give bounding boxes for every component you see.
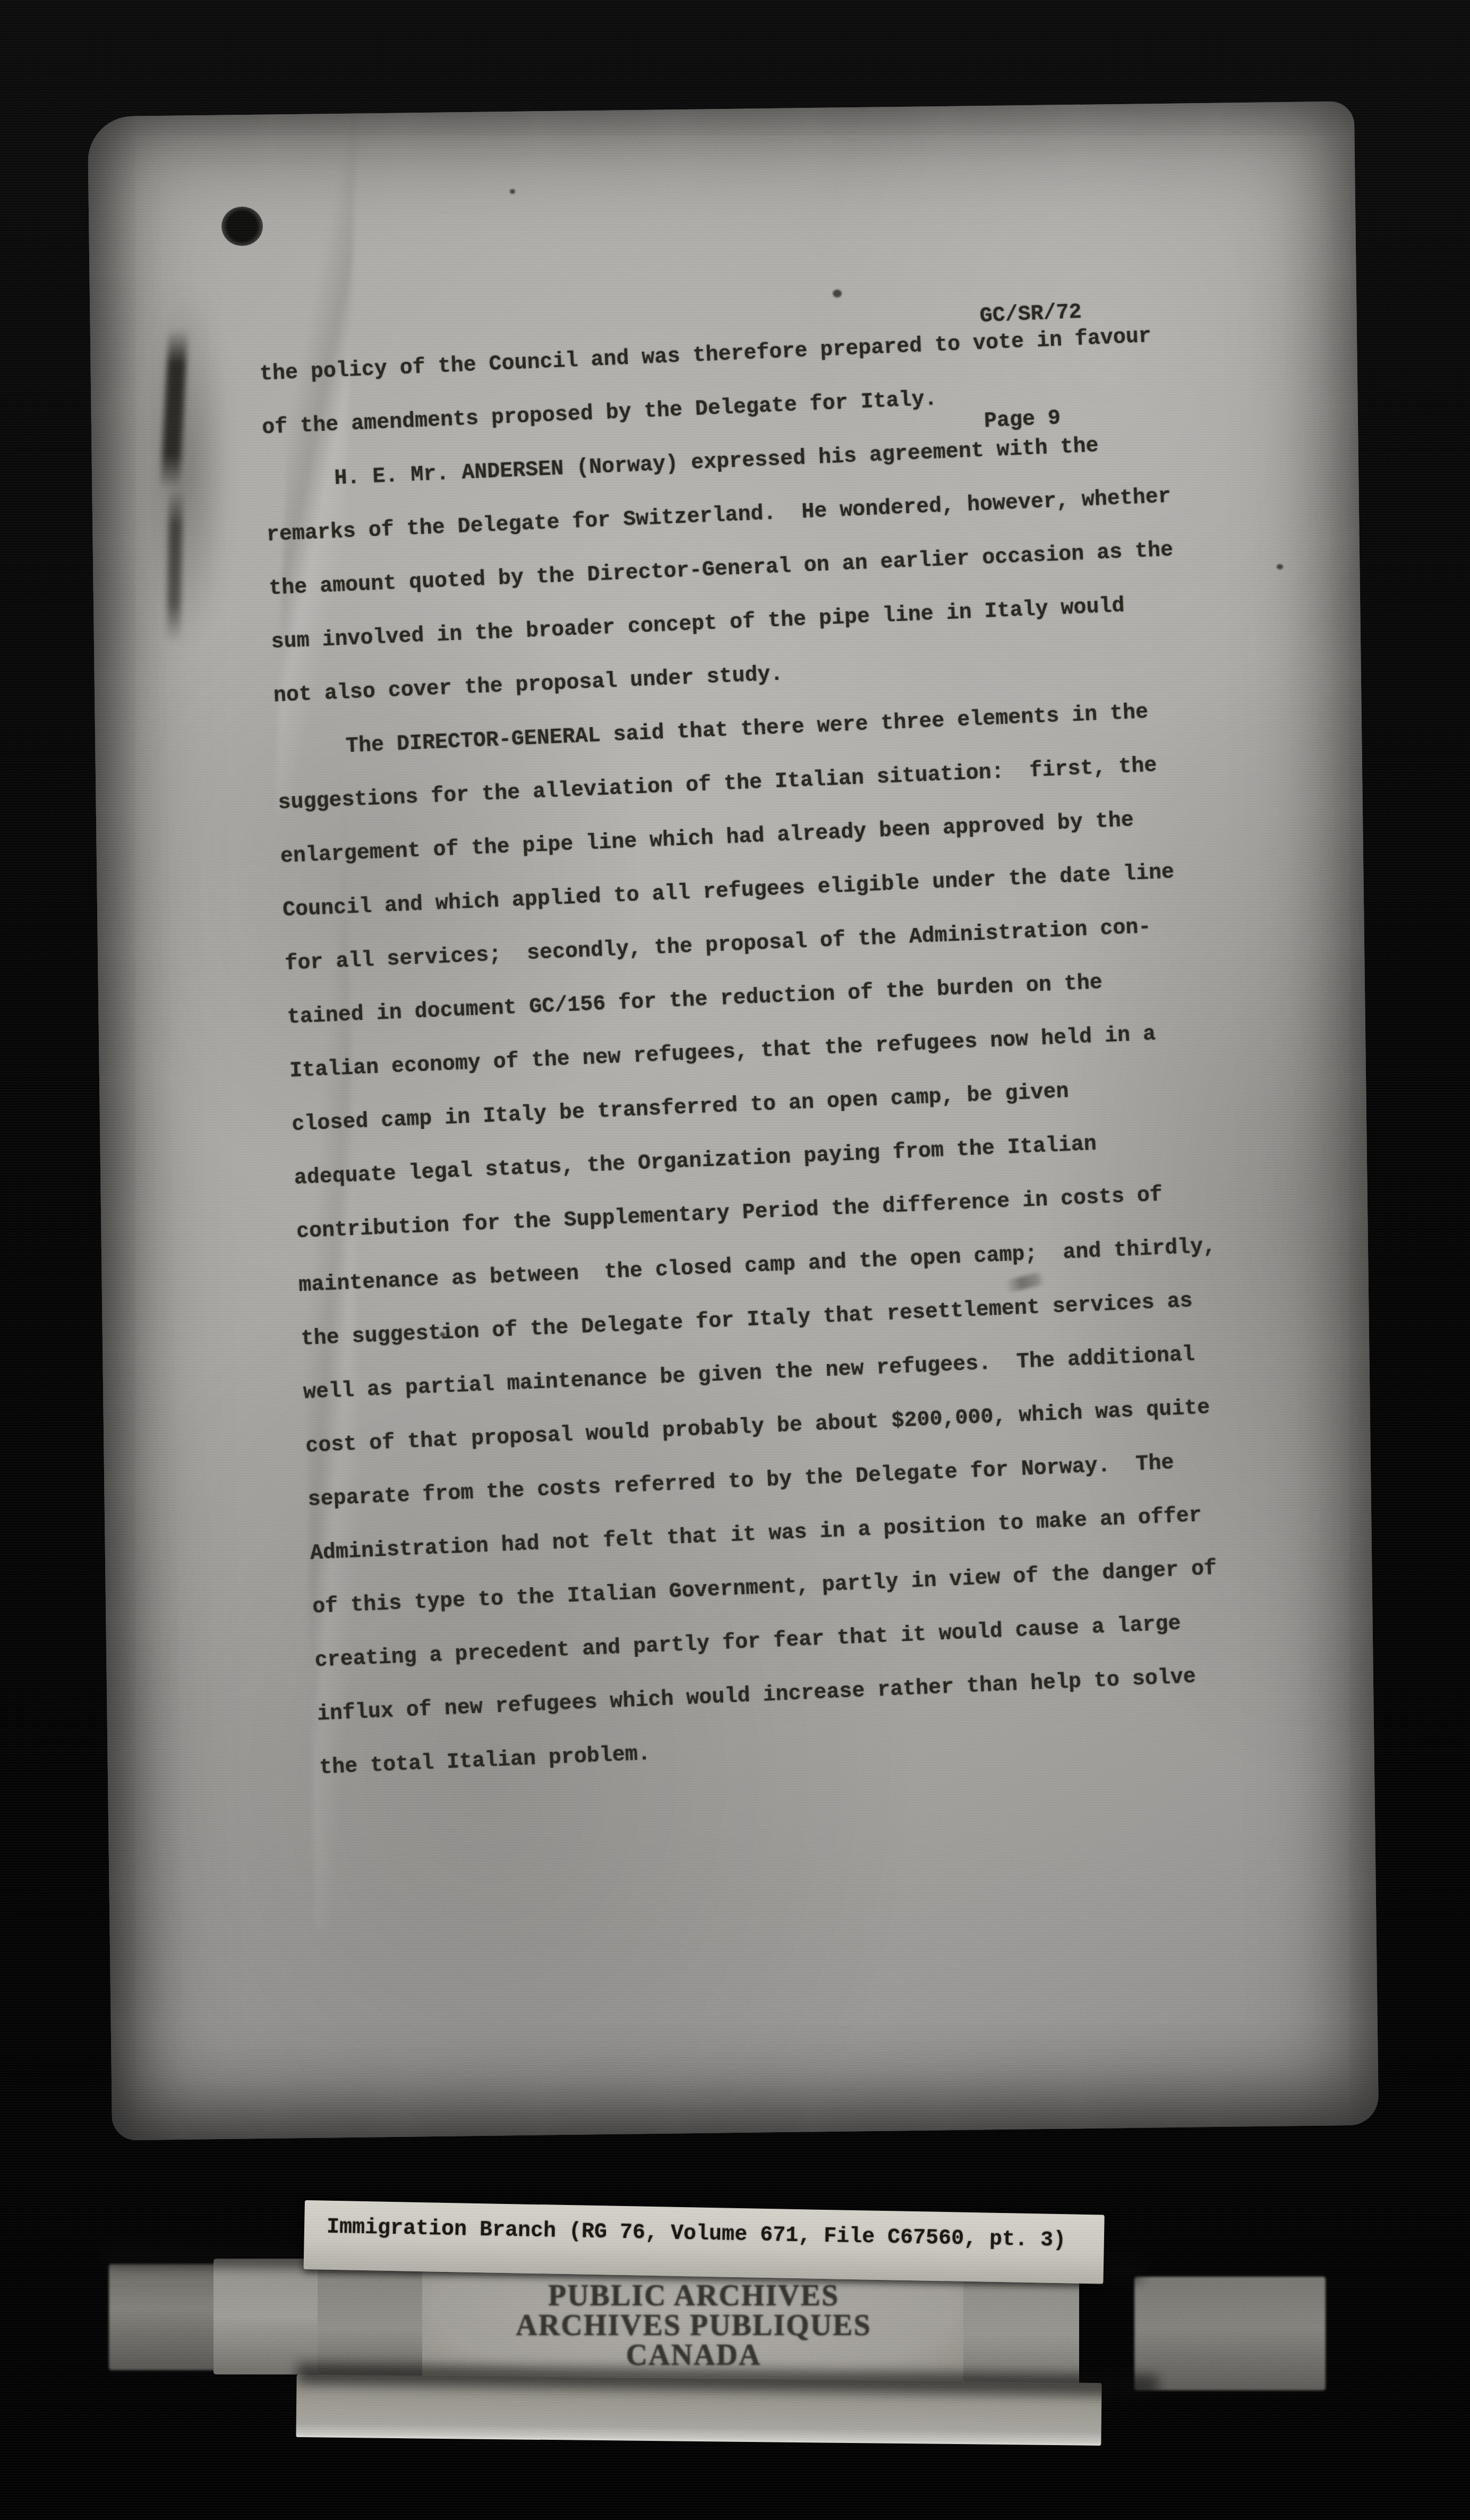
punch-hole-mark	[221, 207, 263, 246]
stamp-line-english: PUBLIC ARCHIVES	[422, 2281, 965, 2311]
stamp-line-country: CANADA	[422, 2340, 965, 2370]
paper-speck	[1277, 564, 1283, 569]
film-holder-mid-block	[318, 2261, 424, 2379]
film-holder-right-wing	[1134, 2277, 1326, 2390]
microfilm-frame: GC/SR/72 Page 9 the policy of the Counci…	[0, 0, 1470, 2520]
ink-smudge	[166, 486, 183, 643]
archival-source-label: Immigration Branch (RG 76, Volume 671, F…	[327, 2216, 1066, 2253]
film-holder-left-wing	[109, 2264, 218, 2370]
archival-label-strip: Immigration Branch (RG 76, Volume 671, F…	[304, 2200, 1105, 2284]
stamp-line-french: ARCHIVES PUBLIQUES	[422, 2311, 965, 2340]
archives-stamp: PUBLIC ARCHIVES ARCHIVES PUBLIQUES CANAD…	[422, 2281, 965, 2370]
film-holder-left-block	[213, 2259, 320, 2374]
paper-speck	[510, 189, 515, 194]
typed-text-block: the policy of the Council and was theref…	[259, 305, 1313, 1795]
paper-speck	[833, 290, 842, 297]
